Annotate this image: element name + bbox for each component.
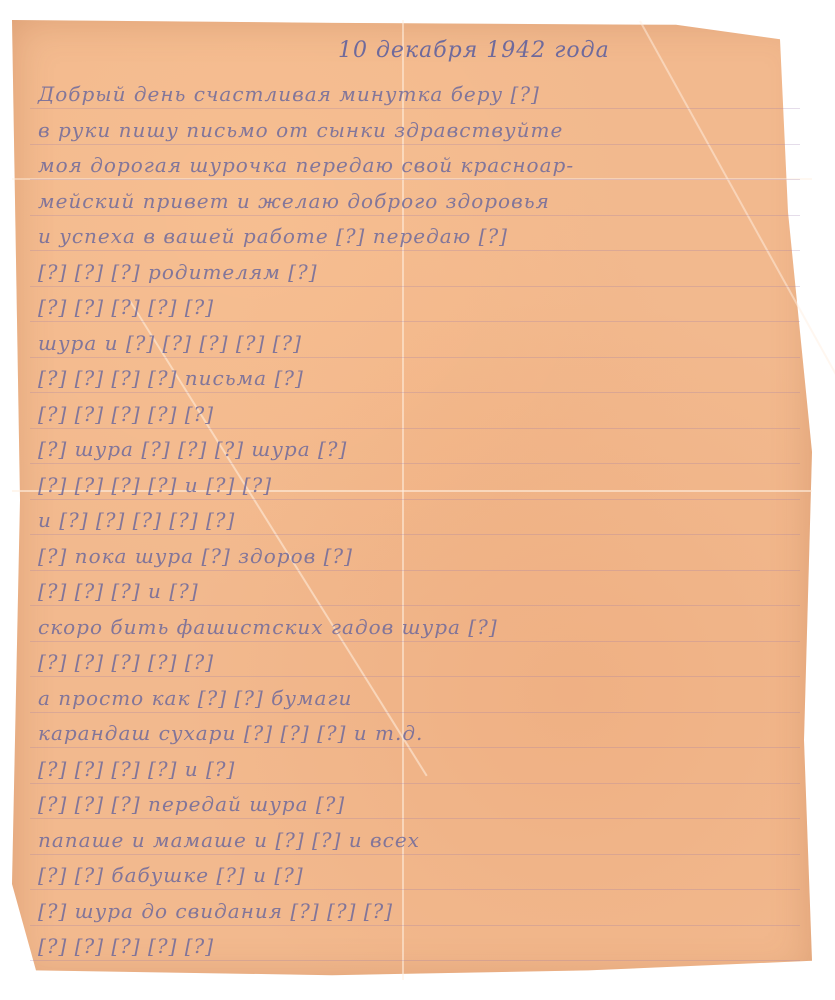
letter-line: шура и [?] [?] [?] [?] [?] (38, 331, 302, 355)
ruled-line (30, 960, 800, 961)
ruled-line (30, 534, 800, 535)
ruled-line (30, 641, 800, 642)
ruled-line (30, 499, 800, 500)
letter-line: мейский привет и желаю доброго здоровья (38, 189, 550, 213)
letter-line: [?] [?] [?] [?] и [?] [?] (38, 473, 272, 497)
letter-line: папаше и мамаше и [?] [?] и всех (38, 828, 420, 852)
letter-line: [?] [?] [?] [?] [?] (38, 402, 214, 426)
ruled-line (30, 144, 800, 145)
letter-line: [?] шура [?] [?] [?] шура [?] (38, 437, 347, 461)
ruled-line (30, 357, 800, 358)
ruled-line (30, 463, 800, 464)
letter-line: [?] [?] [?] [?] [?] (38, 295, 214, 319)
letter-line: Добрый день счастливая минутка беру [?] (38, 82, 540, 106)
letter-line: [?] [?] [?] [?] письма [?] (38, 366, 304, 390)
ruled-line (30, 925, 800, 926)
ruled-line (30, 747, 800, 748)
letter-line: а просто как [?] [?] бумаги (38, 686, 352, 710)
letter-line: [?] шура до свидания [?] [?] [?] (38, 899, 393, 923)
ruled-line (30, 570, 800, 571)
ruled-line (30, 889, 800, 890)
letter-line: скоро бить фашистских гадов шура [?] (38, 615, 498, 639)
ruled-line (30, 676, 800, 677)
ruled-line (30, 712, 800, 713)
ruled-line (30, 321, 800, 322)
ruled-line (30, 250, 800, 251)
letter-line: моя дорогая шурочка передаю свой красноа… (38, 153, 574, 177)
letter-line: [?] [?] [?] и [?] (38, 579, 199, 603)
letter-line: в руки пишу письмо от сынки здравствуйте (38, 118, 563, 142)
ruled-line (30, 605, 800, 606)
ruled-line (30, 286, 800, 287)
ruled-line (30, 179, 800, 180)
letter-line: и [?] [?] [?] [?] [?] (38, 508, 235, 532)
letter-line: [?] [?] [?] передай шура [?] (38, 792, 345, 816)
ruled-line (30, 215, 800, 216)
ruled-line (30, 854, 800, 855)
ruled-line (30, 428, 800, 429)
ruled-line (30, 818, 800, 819)
letter-line: [?] [?] бабушке [?] и [?] (38, 863, 304, 887)
letter-line: [?] [?] [?] [?] и [?] (38, 757, 235, 781)
letter-line: [?] пока шура [?] здоров [?] (38, 544, 353, 568)
letter-line: [?] [?] [?] [?] [?] (38, 934, 214, 958)
ruled-line (30, 783, 800, 784)
ruled-line (30, 392, 800, 393)
letter-line: [?] [?] [?] [?] [?] (38, 650, 214, 674)
letter-line: карандаш сухари [?] [?] [?] и т.д. (38, 721, 423, 745)
ruled-line (30, 108, 800, 109)
letter-line: [?] [?] [?] родителям [?] (38, 260, 318, 284)
date-line: 10 декабря 1942 года (338, 38, 610, 63)
letter-line: и успеха в вашей работе [?] передаю [?] (38, 224, 508, 248)
